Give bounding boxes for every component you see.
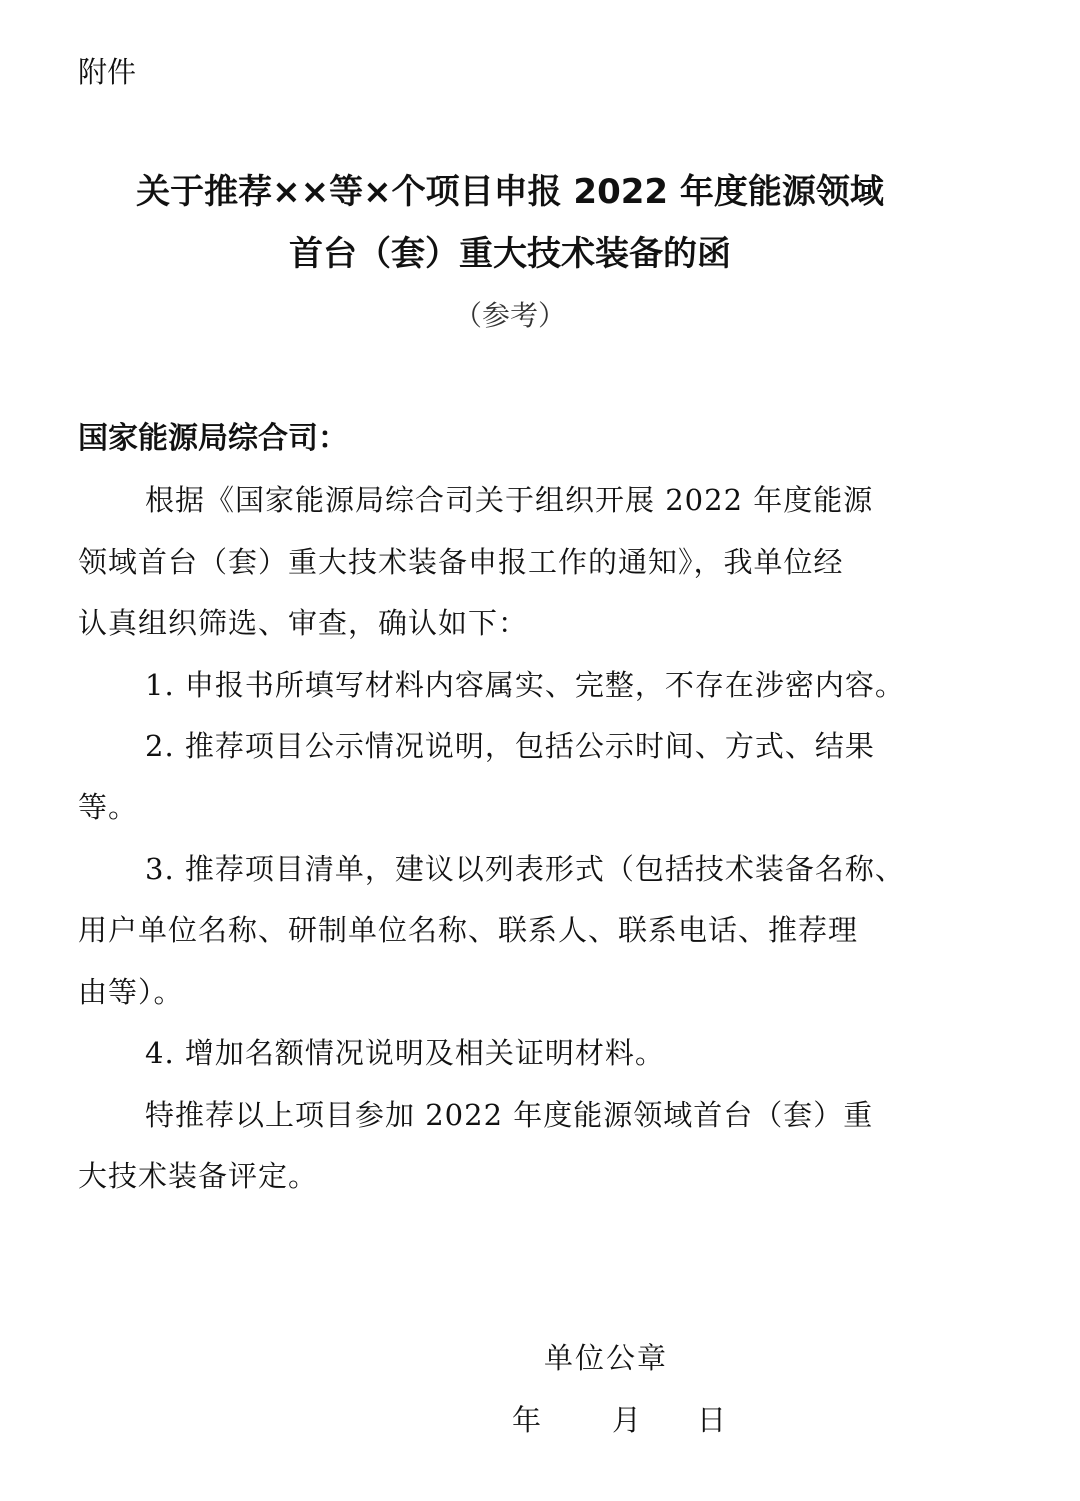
date-day-label: 日 <box>697 1398 726 1442</box>
list-item-4: 4. 增加名额情况说明及相关证明材料。 <box>145 1031 665 1075</box>
closing-line-cont: 大技术装备评定。 <box>78 1154 318 1198</box>
list-item-1: 1. 申报书所填写材料内容属实、完整，不存在涉密内容。 <box>145 663 905 707</box>
document-title-line-1: 关于推荐××等×个项目申报 2022 年度能源领域 <box>0 166 1020 218</box>
salutation: 国家能源局综合司： <box>78 416 348 462</box>
list-item-3-cont: 由等）。 <box>78 970 184 1014</box>
document-subtitle: （参考） <box>0 294 1020 338</box>
date-month-label: 月 <box>612 1398 641 1442</box>
list-item-3-cont: 用户单位名称、研制单位名称、联系人、联系电话、推荐理 <box>78 908 858 952</box>
list-item-2-cont: 等。 <box>78 785 138 829</box>
body-line: 根据《国家能源局综合司关于组织开展 2022 年度能源 <box>145 478 873 522</box>
body-line: 领域首台（套）重大技术装备申报工作的通知》，我单位经 <box>78 540 844 584</box>
closing-line: 特推荐以上项目参加 2022 年度能源领域首台（套）重 <box>145 1093 873 1137</box>
list-item-3: 3. 推荐项目清单，建议以列表形式（包括技术装备名称、 <box>145 847 905 891</box>
signature-seal-label: 单位公章 <box>544 1336 668 1380</box>
document-title-line-2: 首台（套）重大技术装备的函 <box>0 228 1020 280</box>
attachment-label: 附件 <box>78 50 136 94</box>
body-line: 认真组织筛选、审查，确认如下： <box>78 601 528 645</box>
list-item-2: 2. 推荐项目公示情况说明，包括公示时间、方式、结果 <box>145 724 875 768</box>
date-year-label: 年 <box>512 1398 541 1442</box>
